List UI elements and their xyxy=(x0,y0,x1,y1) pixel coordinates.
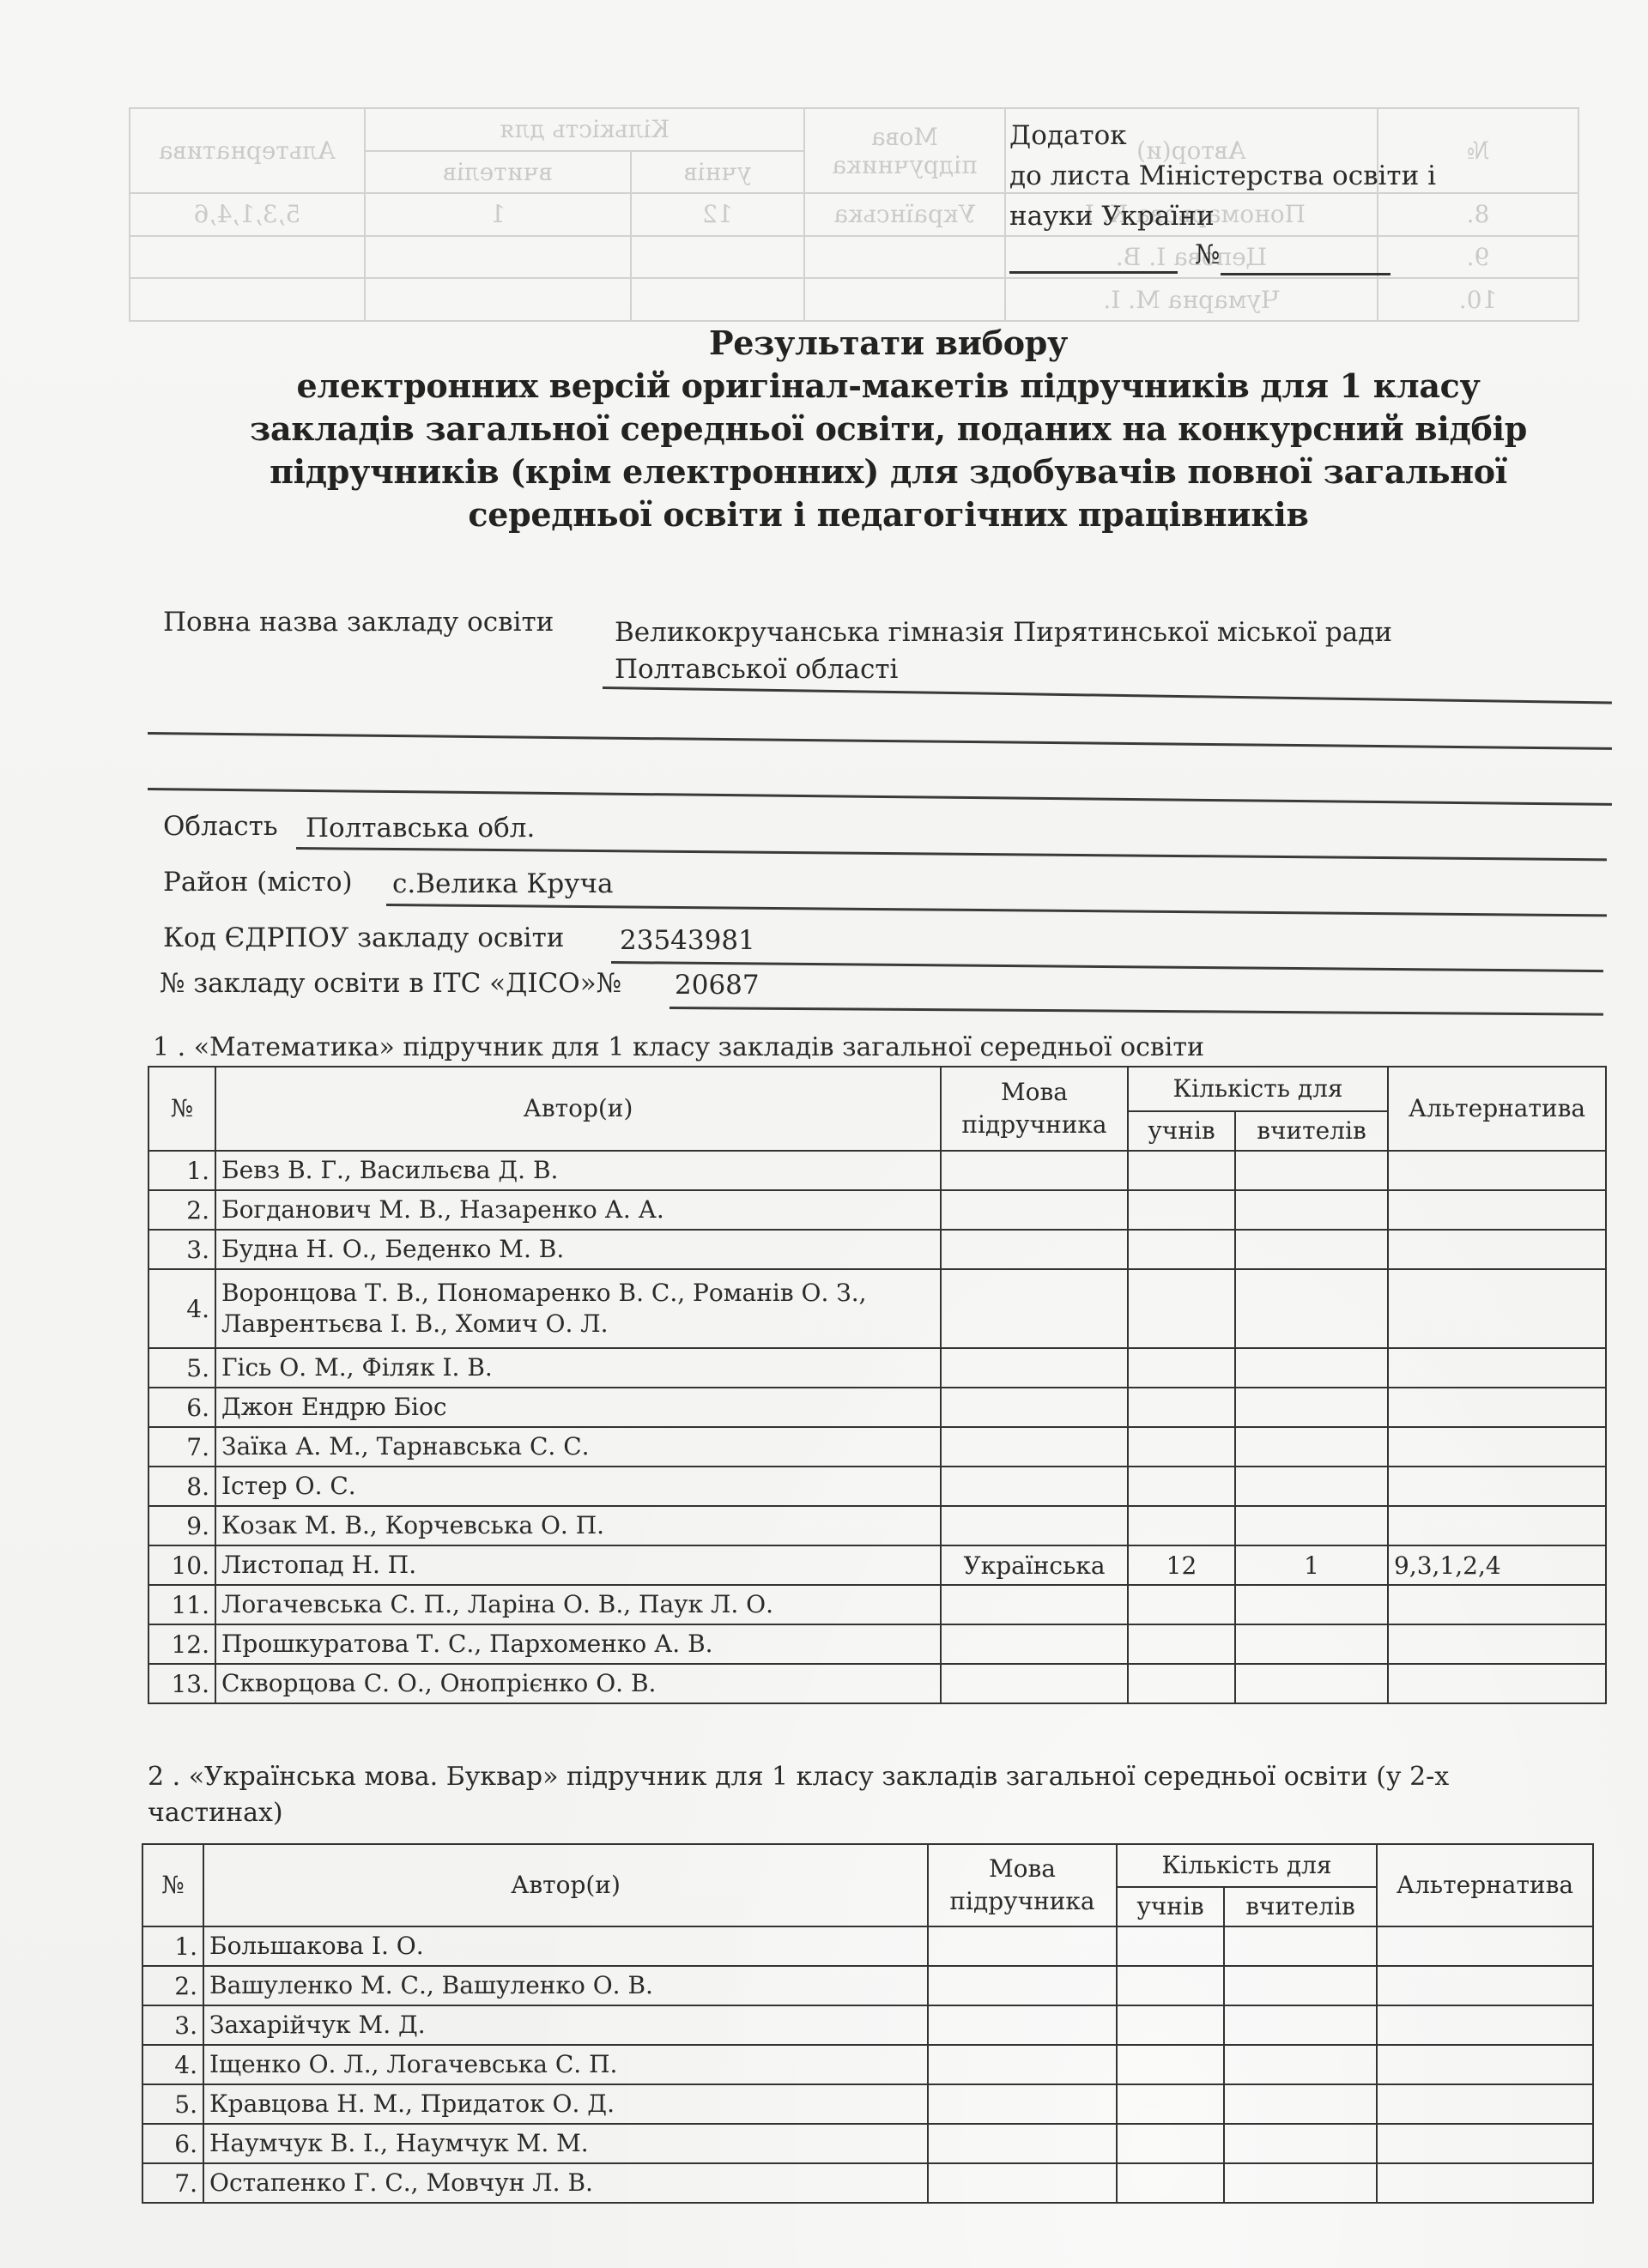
row-authors: Бевз В. Г., Васильєва Д. В. xyxy=(215,1151,941,1190)
row-number: 2. xyxy=(148,1190,215,1230)
table-row: 7.Остапенко Г. С., Мовчун Л. В. xyxy=(142,2163,1593,2203)
district-value[interactable]: с.Велика Круча xyxy=(392,867,613,901)
header-quantity-for: Кількість для xyxy=(1117,1844,1377,1887)
row-language-cell[interactable] xyxy=(928,2163,1117,2203)
row-language-cell[interactable] xyxy=(941,1624,1128,1664)
row-number: 9. xyxy=(148,1506,215,1545)
row-language-cell[interactable] xyxy=(941,1230,1128,1269)
row-alternative-cell[interactable]: 9,3,1,2,4 xyxy=(1388,1545,1606,1585)
header-no: № xyxy=(142,1844,203,1926)
row-teachers-cell[interactable] xyxy=(1224,2163,1377,2203)
row-alternative-cell[interactable] xyxy=(1388,1427,1606,1467)
row-authors: Гісь О. М., Філяк І. В. xyxy=(215,1348,941,1388)
row-teachers-cell[interactable] xyxy=(1235,1664,1388,1703)
table-body: 1.Бевз В. Г., Васильєва Д. В.2.Богданови… xyxy=(148,1151,1606,1703)
row-alternative-cell[interactable] xyxy=(1377,1966,1593,2005)
row-alternative-cell[interactable] xyxy=(1388,1230,1606,1269)
annex-date-field[interactable] xyxy=(1009,271,1178,274)
row-teachers-cell[interactable] xyxy=(1224,2005,1377,2045)
row-students-cell[interactable] xyxy=(1128,1427,1235,1467)
row-number: 6. xyxy=(142,2124,203,2163)
row-alternative-cell[interactable] xyxy=(1388,1151,1606,1190)
row-teachers-cell[interactable] xyxy=(1235,1190,1388,1230)
table-row: 4.Іщенко О. Л., Логачевська С. П. xyxy=(142,2045,1593,2084)
row-teachers-cell[interactable] xyxy=(1235,1269,1388,1348)
row-students-cell[interactable] xyxy=(1128,1506,1235,1545)
title-line: електронних версій оригінал-макетів підр… xyxy=(206,365,1571,408)
row-authors: Большакова І. О. xyxy=(203,1926,928,1966)
district-label: Район (місто) xyxy=(163,865,353,899)
row-teachers-cell[interactable] xyxy=(1224,1966,1377,2005)
row-students-cell[interactable] xyxy=(1117,2045,1224,2084)
header-authors: Автор(и) xyxy=(215,1067,941,1151)
row-language-cell[interactable] xyxy=(928,1926,1117,1966)
row-language-cell[interactable] xyxy=(941,1664,1128,1703)
row-students-cell[interactable] xyxy=(1117,2084,1224,2124)
title-line: Результати вибору xyxy=(206,322,1571,365)
annex-block: Додаток до листа Міністерства освіти і н… xyxy=(1009,116,1490,276)
row-number: 4. xyxy=(148,1269,215,1348)
row-students-cell[interactable] xyxy=(1117,2005,1224,2045)
row-language-cell[interactable] xyxy=(941,1269,1128,1348)
row-teachers-cell[interactable] xyxy=(1235,1388,1388,1427)
row-alternative-cell[interactable] xyxy=(1377,1926,1593,1966)
row-number: 10. xyxy=(148,1545,215,1585)
row-teachers-cell[interactable] xyxy=(1235,1230,1388,1269)
row-authors: Наумчук В. І., Наумчук М. М. xyxy=(203,2124,928,2163)
row-authors: Іщенко О. Л., Логачевська С. П. xyxy=(203,2045,928,2084)
row-teachers-cell[interactable] xyxy=(1224,2045,1377,2084)
row-number: 7. xyxy=(142,2163,203,2203)
row-number: 7. xyxy=(148,1427,215,1467)
table-row: 6.Наумчук В. І., Наумчук М. М. xyxy=(142,2124,1593,2163)
row-teachers-cell[interactable] xyxy=(1224,2084,1377,2124)
row-students-cell[interactable] xyxy=(1117,2163,1224,2203)
row-students-cell[interactable] xyxy=(1128,1269,1235,1348)
annex-ministry-line: науки України xyxy=(1009,197,1490,237)
row-language-cell[interactable] xyxy=(941,1151,1128,1190)
row-teachers-cell[interactable] xyxy=(1235,1585,1388,1624)
row-teachers-cell[interactable] xyxy=(1235,1348,1388,1388)
row-language-cell[interactable] xyxy=(941,1467,1128,1506)
table-row: 1.Бевз В. Г., Васильєва Д. В. xyxy=(148,1151,1606,1190)
row-authors: Остапенко Г. С., Мовчун Л. В. xyxy=(203,2163,928,2203)
table-row: 11.Логачевська С. П., Ларіна О. В., Паук… xyxy=(148,1585,1606,1624)
row-authors: Захарійчук М. Д. xyxy=(203,2005,928,2045)
row-authors: Джон Ендрю Біос xyxy=(215,1388,941,1427)
table-row: 10.Листопад Н. П.Українська1219,3,1,2,4 xyxy=(148,1545,1606,1585)
header-students: учнів xyxy=(1117,1887,1224,1926)
row-number: 1. xyxy=(148,1151,215,1190)
header-teachers: вчителів xyxy=(1235,1111,1388,1151)
table-row: 9.Козак М. В., Корчевська О. П. xyxy=(148,1506,1606,1545)
row-alternative-cell[interactable] xyxy=(1377,2045,1593,2084)
row-number: 3. xyxy=(142,2005,203,2045)
row-teachers-cell[interactable] xyxy=(1235,1151,1388,1190)
row-alternative-cell[interactable] xyxy=(1377,2005,1593,2045)
row-teachers-cell[interactable] xyxy=(1235,1467,1388,1506)
table-row: 13.Скворцова С. О., Онопрієнко О. В. xyxy=(148,1664,1606,1703)
table-body: 1.Большакова І. О.2.Вашуленко М. С., Ваш… xyxy=(142,1926,1593,2203)
row-students-cell[interactable] xyxy=(1128,1585,1235,1624)
row-teachers-cell[interactable] xyxy=(1224,1926,1377,1966)
table-row: 5.Кравцова Н. М., Придаток О. Д. xyxy=(142,2084,1593,2124)
table-row: 2.Вашуленко М. С., Вашуленко О. В. xyxy=(142,1966,1593,2005)
row-number: 5. xyxy=(142,2084,203,2124)
row-language-cell[interactable] xyxy=(941,1506,1128,1545)
row-language-cell[interactable] xyxy=(941,1388,1128,1427)
row-language-cell[interactable] xyxy=(941,1348,1128,1388)
table-row: 1.Большакова І. О. xyxy=(142,1926,1593,1966)
row-teachers-cell[interactable] xyxy=(1235,1624,1388,1664)
table-row: 2.Богданович М. В., Назаренко А. А. xyxy=(148,1190,1606,1230)
row-students-cell[interactable] xyxy=(1128,1151,1235,1190)
title-line: підручників (крім електронних) для здобу… xyxy=(206,451,1571,493)
row-students-cell[interactable] xyxy=(1117,1926,1224,1966)
table-row: 12.Прошкуратова Т. С., Пархоменко А. В. xyxy=(148,1624,1606,1664)
row-authors: Листопад Н. П. xyxy=(215,1545,941,1585)
row-authors: Скворцова С. О., Онопрієнко О. В. xyxy=(215,1664,941,1703)
table-row: 7.Заїка А. М., Тарнавська С. С. xyxy=(148,1427,1606,1467)
row-authors: Козак М. В., Корчевська О. П. xyxy=(215,1506,941,1545)
row-students-cell[interactable]: 12 xyxy=(1128,1545,1235,1585)
row-alternative-cell[interactable] xyxy=(1388,1388,1606,1427)
header-no: № xyxy=(148,1067,215,1151)
row-authors: Богданович М. В., Назаренко А. А. xyxy=(215,1190,941,1230)
row-students-cell[interactable] xyxy=(1128,1388,1235,1427)
bukvar-textbook-table: № Автор(и) Мова підручника Кількість для… xyxy=(142,1843,1594,2204)
row-teachers-cell[interactable] xyxy=(1224,2124,1377,2163)
itc-value[interactable]: 20687 xyxy=(675,968,760,1002)
table-row: 8.Істер О. С. xyxy=(148,1467,1606,1506)
section-2-heading: 2 . «Українська мова. Буквар» підручник … xyxy=(148,1759,1555,1831)
row-authors: Логачевська С. П., Ларіна О. В., Паук Л.… xyxy=(215,1585,941,1624)
row-language-cell[interactable]: Українська xyxy=(941,1545,1128,1585)
row-authors: Воронцова Т. В., Пономаренко В. С., Рома… xyxy=(215,1269,941,1348)
region-label: Область xyxy=(163,809,278,844)
row-students-cell[interactable] xyxy=(1128,1190,1235,1230)
header-quantity-for: Кількість для xyxy=(1128,1067,1388,1111)
row-number: 3. xyxy=(148,1230,215,1269)
full-name-value-line2[interactable]: Полтавської області xyxy=(615,652,898,686)
header-alternative: Альтернатива xyxy=(1377,1844,1593,1926)
row-number: 6. xyxy=(148,1388,215,1427)
row-students-cell[interactable] xyxy=(1117,2124,1224,2163)
row-alternative-cell[interactable] xyxy=(1377,2124,1593,2163)
table-row: 3.Будна Н. О., Беденко М. В. xyxy=(148,1230,1606,1269)
row-authors: Прошкуратова Т. С., Пархоменко А. В. xyxy=(215,1624,941,1664)
row-number: 11. xyxy=(148,1585,215,1624)
row-teachers-cell[interactable] xyxy=(1235,1506,1388,1545)
row-language-cell[interactable] xyxy=(928,2124,1117,2163)
table-row: 5.Гісь О. М., Філяк І. В. xyxy=(148,1348,1606,1388)
annex-letter-line: до листа Міністерства освіти і xyxy=(1009,156,1490,197)
header-alternative: Альтернатива xyxy=(1388,1067,1606,1151)
title-line: середньої освіти і педагогічних працівни… xyxy=(206,493,1571,536)
row-authors: Вашуленко М. С., Вашуленко О. В. xyxy=(203,1966,928,2005)
row-teachers-cell[interactable]: 1 xyxy=(1235,1545,1388,1585)
row-alternative-cell[interactable] xyxy=(1388,1269,1606,1348)
row-language-cell[interactable] xyxy=(928,2005,1117,2045)
edrpou-label: Код ЄДРПОУ закладу освіти xyxy=(163,921,564,955)
row-number: 1. xyxy=(142,1926,203,1966)
row-language-cell[interactable] xyxy=(941,1190,1128,1230)
row-number: 13. xyxy=(148,1664,215,1703)
header-authors: Автор(и) xyxy=(203,1844,928,1926)
header-teachers: вчителів xyxy=(1224,1887,1377,1926)
row-number: 12. xyxy=(148,1624,215,1664)
table-row: 3.Захарійчук М. Д. xyxy=(142,2005,1593,2045)
row-students-cell[interactable] xyxy=(1128,1348,1235,1388)
row-students-cell[interactable] xyxy=(1128,1230,1235,1269)
row-students-cell[interactable] xyxy=(1128,1467,1235,1506)
row-authors: Заїка А. М., Тарнавська С. С. xyxy=(215,1427,941,1467)
row-alternative-cell[interactable] xyxy=(1388,1467,1606,1506)
row-number: 4. xyxy=(142,2045,203,2084)
math-textbook-table: № Автор(и) Мова підручника Кількість для… xyxy=(148,1066,1607,1704)
row-language-cell[interactable] xyxy=(928,1966,1117,2005)
row-alternative-cell[interactable] xyxy=(1388,1624,1606,1664)
row-number: 5. xyxy=(148,1348,215,1388)
row-students-cell[interactable] xyxy=(1117,1966,1224,2005)
row-language-cell[interactable] xyxy=(928,2045,1117,2084)
row-alternative-cell[interactable] xyxy=(1388,1348,1606,1388)
row-alternative-cell[interactable] xyxy=(1377,2163,1593,2203)
annex-number-field[interactable] xyxy=(1221,273,1390,275)
row-authors: Кравцова Н. М., Придаток О. Д. xyxy=(203,2084,928,2124)
row-alternative-cell[interactable] xyxy=(1388,1190,1606,1230)
row-language-cell[interactable] xyxy=(941,1585,1128,1624)
full-name-value-line1[interactable]: Великокручанська гімназія Пирятинської м… xyxy=(615,615,1392,650)
document-title: Результати вибору електронних версій ори… xyxy=(206,322,1571,536)
section-1-heading: 1 . «Математика» підручник для 1 класу з… xyxy=(153,1030,1612,1066)
row-number: 8. xyxy=(148,1467,215,1506)
full-name-label: Повна назва закладу освіти xyxy=(163,605,554,639)
header-students: учнів xyxy=(1128,1111,1235,1151)
row-alternative-cell[interactable] xyxy=(1388,1585,1606,1624)
table-row: 4.Воронцова Т. В., Пономаренко В. С., Ро… xyxy=(148,1269,1606,1348)
title-line: закладів загальної середньої освіти, под… xyxy=(206,408,1571,451)
row-students-cell[interactable] xyxy=(1128,1664,1235,1703)
row-authors: Будна Н. О., Беденко М. В. xyxy=(215,1230,941,1269)
annex-number-sign: № xyxy=(1195,235,1220,275)
row-language-cell[interactable] xyxy=(928,2084,1117,2124)
itc-label: № закладу освіти в ІТС «ДІСО»№ xyxy=(160,966,621,1001)
table-row: 6.Джон Ендрю Біос xyxy=(148,1388,1606,1427)
row-alternative-cell[interactable] xyxy=(1388,1664,1606,1703)
row-students-cell[interactable] xyxy=(1128,1624,1235,1664)
row-alternative-cell[interactable] xyxy=(1377,2084,1593,2124)
edrpou-value[interactable]: 23543981 xyxy=(620,923,755,958)
region-value[interactable]: Полтавська обл. xyxy=(306,811,535,845)
row-alternative-cell[interactable] xyxy=(1388,1506,1606,1545)
row-authors: Істер О. С. xyxy=(215,1467,941,1506)
row-teachers-cell[interactable] xyxy=(1235,1427,1388,1467)
header-language: Мова підручника xyxy=(941,1067,1128,1151)
header-language: Мова підручника xyxy=(928,1844,1117,1926)
row-number: 2. xyxy=(142,1966,203,2005)
row-language-cell[interactable] xyxy=(941,1427,1128,1467)
annex-title: Додаток xyxy=(1009,116,1490,156)
